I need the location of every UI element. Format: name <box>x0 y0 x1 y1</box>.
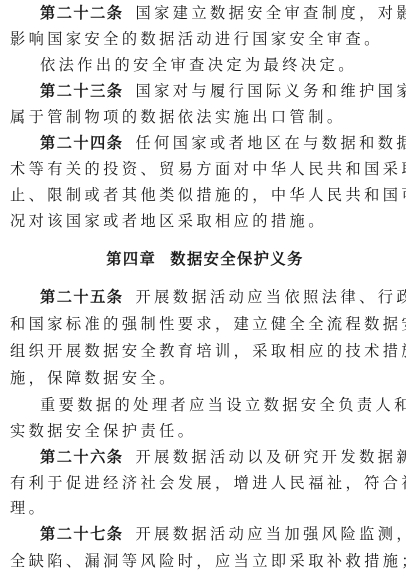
article-25-line-3: 组织开展数据安全教育培训，采取相应的技术措施和其他必要措 <box>10 338 400 364</box>
article-24-line-1: 第二十四条任何国家或者地区在与数据和数据开发利用技 <box>10 130 400 156</box>
article-26-line-1: 第二十六条开展数据活动以及研究开发数据新技术，应当 <box>10 444 400 470</box>
article-26-line-2: 有利于促进经济社会发展，增进人民福祉，符合社会公德和伦 <box>10 470 400 496</box>
article-number: 第二十三条 <box>40 82 123 100</box>
article-23-line-1: 第二十三条国家对与履行国际义务和维护国家安全相关的 <box>10 78 400 104</box>
paragraph-text: 国家对与履行国际义务和维护国家安全相关的 <box>135 82 406 100</box>
article-25-line-4: 施，保障数据安全。 <box>10 365 400 391</box>
article-22-line-1: 第二十二条国家建立数据安全审查制度，对影响或者可能 <box>10 0 400 26</box>
paragraph-text: 任何国家或者地区在与数据和数据开发利用技 <box>135 134 406 152</box>
article-number: 第二十五条 <box>40 288 123 306</box>
article-22-paragraph-2: 依法作出的安全审查决定为最终决定。 <box>10 52 400 78</box>
article-24-line-2: 术等有关的投资、贸易方面对中华人民共和国采取歧视性的禁 <box>10 156 400 182</box>
article-25-paragraph-2-line-2: 实数据安全保护责任。 <box>10 418 400 444</box>
article-22-line-2: 影响国家安全的数据活动进行国家安全审查。 <box>10 26 400 52</box>
article-number: 第二十六条 <box>40 448 123 466</box>
paragraph-text: 开展数据活动应当依照法律、行政法规的规定 <box>135 288 406 306</box>
chapter-number: 第四章 <box>106 250 156 268</box>
article-number: 第二十七条 <box>40 525 123 543</box>
article-number: 第二十二条 <box>40 4 123 22</box>
paragraph-text: 开展数据活动以及研究开发数据新技术，应当 <box>135 448 406 466</box>
chapter-heading: 第四章数据安全保护义务 <box>10 246 400 272</box>
chapter-title: 数据安全保护义务 <box>170 250 304 268</box>
paragraph-text: 国家建立数据安全审查制度，对影响或者可能 <box>135 4 406 22</box>
article-25-paragraph-2-line-1: 重要数据的处理者应当设立数据安全负责人和管理机构，落 <box>10 392 400 418</box>
article-23-line-2: 属于管制物项的数据依法实施出口管制。 <box>10 104 400 130</box>
article-24-line-4: 况对该国家或者地区采取相应的措施。 <box>10 208 400 234</box>
paragraph-text: 开展数据活动应当加强风险监测，发现数据安 <box>135 525 406 543</box>
article-25-line-2: 和国家标准的强制性要求，建立健全全流程数据安全管理制度， <box>10 311 400 337</box>
article-24-line-3: 止、限制或者其他类似措施的，中华人民共和国可以根据实际情 <box>10 182 400 208</box>
article-27-line-2: 全缺陷、漏洞等风险时，应当立即采取补救措施；发生数据安全 <box>10 548 400 574</box>
article-26-line-3: 理。 <box>10 495 400 521</box>
article-27-line-1: 第二十七条开展数据活动应当加强风险监测，发现数据安 <box>10 521 400 547</box>
article-number: 第二十四条 <box>40 134 123 152</box>
article-25-line-1: 第二十五条开展数据活动应当依照法律、行政法规的规定 <box>10 284 400 310</box>
